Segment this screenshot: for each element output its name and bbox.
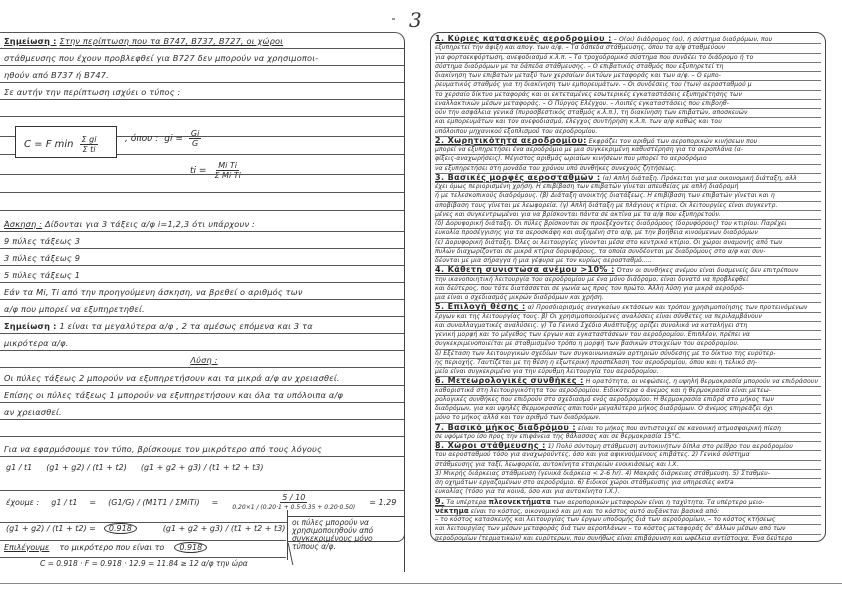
notes-line: – το κόστος κατασκευής και λειτουργίας τ… — [435, 516, 821, 525]
solution-line: αν χρειασθεί. — [0, 406, 404, 420]
note2-label: Σημείωση : — [4, 321, 57, 331]
line-text: μόνο το μήκος αλλά και τον αριθμό των δι… — [435, 414, 601, 421]
note1-line-3: ηθούν από B737 ή B747. — [0, 69, 404, 83]
blank-line — [0, 477, 404, 491]
line-text: είναι το κόστος, οικονομικό και μη και τ… — [469, 508, 720, 515]
line-text: – το κόστος κατασκευής και λειτουργίας τ… — [435, 516, 775, 523]
notes-line: νέκτημα είναι το κόστος, οικονομικό και … — [435, 507, 821, 516]
note2-line-1: Σημείωση : 1 είναι τα μεγαλύτερα α/φ , 2… — [0, 320, 404, 334]
line-text: διαδρόμων, για και υψηλές θερμοκρασίες α… — [435, 405, 773, 412]
page-number: 3 — [409, 8, 422, 32]
blank-line — [0, 197, 404, 211]
g-lhs: gi = — [164, 134, 183, 144]
exercise-question-2: α/φ που μπορεί να εξυπηρετηθεί. — [0, 303, 404, 317]
line-text: 1) Πολύ σύντομη στάθμευση αυτοκινήτων δί… — [546, 443, 793, 450]
line-text: και δεύτερος, που τότε διατάσσεται σε γω… — [435, 285, 744, 292]
section-heading: 3. Βασικές μορφές αεροσταθμών : — [435, 174, 601, 182]
section-heading-line: 5. Επιλογή θέσης : α) Προσδιορισμός αναγ… — [435, 303, 821, 312]
have-label: έχουμε : — [6, 498, 39, 507]
notes-line: ούν την ασφάλεια γενικά (πυροσβεστικός σ… — [435, 109, 821, 118]
section-heading: 7. Βασικό μήκος διαδρόμου : — [435, 424, 576, 432]
calc-num: 5 / 10 — [280, 493, 307, 503]
exercise-question-1: Εάν τα Mi, Ti από την προηγούμενη άσκηση… — [0, 286, 404, 300]
line-text: στάθμευσης για ταξί, λεωφορεία, αυτοκίνη… — [435, 461, 679, 468]
notes-line: του αεροσταθμού τόσο για αναχωρούντες, ό… — [435, 451, 821, 460]
line-text: ρολογικές συνθήκες που επιδρούν στο σχεδ… — [435, 396, 774, 403]
notes-line: ή με τελεσκοπικούς διαδρόμους. (β) Διάτα… — [435, 192, 821, 201]
formula-denominator: Σ ti — [80, 145, 97, 154]
line-text: υπόλοιπου μηχανικού εξοπλισμού του αεροδ… — [435, 128, 597, 135]
note1-label: Σημείωση : — [4, 36, 57, 46]
notes-line: μια είναι ο σχεδιασμός μικρών διαδρόμων … — [435, 294, 821, 303]
formula-intro: Σε αυτήν την περίπτωση ισχύει ο τύπος : — [0, 86, 404, 100]
g-den: G — [190, 139, 200, 148]
notes-line: και συναλλαγματικές αναλύσεις. γ) Το Γεν… — [435, 322, 821, 331]
line-text: αεροδρομίων (τερματικών) και ευρύτερων, … — [435, 535, 792, 542]
line-text: αποβίβαση τους γίνεται με λεωφορεία. (γ)… — [435, 202, 778, 209]
line-text: 3) Μικρής διάρκειας στάθμευση (γενικά δι… — [435, 470, 770, 477]
keyword: πλεονεκτήματα — [488, 498, 550, 506]
line-text: έργων και της λειτουργίας τους. β) Οι χρ… — [435, 313, 762, 320]
notes-line: γενική μορφή και το μέγεθος των έργων κα… — [435, 331, 821, 340]
notes-line: (ε) Δορυφορική διάταξη. Όλες οι λειτουργ… — [435, 239, 821, 248]
line-text: των αεροπορικών μεταφορών είναι η ταχύτη… — [551, 499, 765, 506]
calc-step1: (G1/G) / (M1T1 / ΣMiTi) — [108, 498, 200, 507]
notes-line: 3) Μικρής διάρκειας στάθμευση (γενικά δι… — [435, 470, 821, 479]
notes-line: και λειτουργίας των μέσων μεταφοράς διά … — [435, 525, 821, 534]
notes-line: καθοριστικά στη λειτουργικότητα του αερο… — [435, 387, 821, 396]
notes-line: ευκολίας (τόσο για τα κοινά, όσο και για… — [435, 488, 821, 497]
ratio-3: (g1 + g2 + g3) / (t1 + t2 + t3) — [141, 463, 264, 472]
ratio-1: g1 / t1 — [6, 463, 32, 472]
notes-line: συγκεκριμενοποιείται με σταθμισμένο τρόπ… — [435, 340, 821, 349]
notes-line: διακίνηση των επιβατών μεταξύ των χερσαί… — [435, 72, 821, 81]
notes-line: έργων και της λειτουργίας τους. β) Οι χρ… — [435, 313, 821, 322]
notes-line: φίξεις-αναχωρήσεις). Μέγιστος αριθμός ωρ… — [435, 155, 821, 164]
blank-line — [0, 103, 404, 117]
line-text: διακίνηση των επιβατών μεταξύ των χερσαί… — [435, 72, 721, 79]
note1-line-2: στάθμευσης που έχουν προβλεφθεί για B727… — [0, 52, 404, 66]
section-heading: 8. Χώροι στάθμευσης : — [435, 442, 546, 450]
exercise-line: Άσκηση : Δίδονται για 3 τάξεις α/φ i=1,2… — [0, 218, 404, 232]
line-text: μείο είναι συγκεκριμένο για την εύρυθμη … — [435, 368, 659, 375]
right-notes-column: 1. Κύριες κατασκευές αεροδρομίου : – Ο(ο… — [430, 32, 826, 542]
where-label: , όπου : — [125, 134, 158, 144]
exercise-item: 9 πύλες τάξεως 3 — [0, 235, 404, 249]
line-text: μπορεί να εξυπηρετήσει ένα αεροδρόμιο με… — [435, 146, 743, 153]
notes-line: αεροδρομίων (τερματικών) και ευρύτερων, … — [435, 535, 821, 543]
line-text: φίξεις-αναχωρήσεις). Μέγιστος αριθμός ωρ… — [435, 155, 707, 162]
blank-line — [0, 423, 404, 437]
notes-line: πυλών διαχωρίζονται σε μικρά κτίρια δορυ… — [435, 248, 821, 257]
line-text: δέονται με μια σήραγγα ή μια γέφυρα με τ… — [435, 257, 652, 264]
notes-line: να εξυπηρετήσει στη μονάδα του χρόνου υπ… — [435, 165, 821, 174]
line-text: και εμπορευμάτων και τον ανεφοδιασμό, έλ… — [435, 118, 722, 125]
line-text: πυλών διαχωρίζονται σε μικρά κτίρια δορυ… — [435, 248, 766, 255]
exercise-label: Άσκηση : — [4, 219, 42, 229]
notes-line: διαδρόμων, για και υψηλές θερμοκρασίες α… — [435, 405, 821, 414]
line-text: μια είναι ο σχεδιασμός μικρών διαδρόμων … — [435, 294, 604, 301]
section-heading-line: 4. Κάθετη συνιστώσα ανέμου >10% : Όταν ο… — [435, 266, 821, 275]
notes-line: έχει όμως περιορισμένη χρήση. Η επιβίβασ… — [435, 183, 821, 192]
section-heading-line: 6. Μετεωρολογικές συνθήκες : Η ορατότητα… — [435, 377, 821, 386]
line-text: ης περιοχής. Ταυτίζεται με τη θέση η εξω… — [435, 359, 757, 366]
section-heading-line: 3. Βασικές μορφές αεροσταθμών : (α) Απλή… — [435, 174, 821, 183]
line-text: του αεροσταθμού τόσο για αναχωρούντες, ό… — [435, 451, 750, 458]
line-text: ούν την ασφάλεια γενικά (πυροσβεστικός σ… — [435, 109, 748, 116]
line-text: και συναλλαγματικές αναλύσεις. γ) Το Γεν… — [435, 322, 747, 329]
g-num: Gi — [189, 129, 201, 139]
line-text: να εξυπηρετήσει στη μονάδα του χρόνου υπ… — [435, 165, 676, 172]
notes-line: μόνο το μήκος αλλά και τον αριθμό των δι… — [435, 414, 821, 423]
section-heading-line: 9. Τα υπέρτερα πλεονεκτήματα των αεροπορ… — [435, 498, 821, 507]
line-text: σύστημα διαδρόμων με τα δάπεδα στάθμευση… — [435, 63, 724, 70]
notes-line: ευκολία προσέγγισης για τα αεροσκάφη και… — [435, 229, 821, 238]
line-text: εναλλακτικών μέσων μεταφοράς. – Ο Πύργος… — [435, 100, 729, 107]
exercise-item: 3 πύλες τάξεως 9 — [0, 252, 404, 266]
blank-line — [0, 544, 286, 558]
line-text: Η ορατότητα, οι νεφώσεις, η υψηλή θερμοκ… — [584, 378, 818, 385]
notes-line: την ικανοποιητική λειτουργία του αεροδρο… — [435, 276, 821, 285]
section-heading: 2. Χωρητικότητα αεροδρομίου: — [435, 137, 587, 145]
notes-line: σε υψόμετρο ίσο προς την επιφάνεια της θ… — [435, 433, 821, 442]
notes-line: μείο είναι συγκεκριμένο για την εύρυθμη … — [435, 368, 821, 377]
notes-line: εξυπηρετεί την άφιξη και απογ. των α/φ. … — [435, 44, 821, 53]
solution-line: Επίσης οι πύλες τάξεως 1 μπορούν να εξυπ… — [0, 389, 404, 403]
notes-line: (δ) Δορυφορική διάταξη. Οι πύλες βρίσκον… — [435, 220, 821, 229]
section-heading: 1. Κύριες κατασκευές αεροδρομίου : — [435, 35, 612, 43]
line-text: έχει όμως περιορισμένη χρήση. Η επιβίβασ… — [435, 183, 739, 190]
notes-line: το χερσαίο δίκτυο μεταφοράς και οι εκτετ… — [435, 91, 821, 100]
formula-numerator: Σ gi — [80, 135, 99, 145]
notes-line: ση οχημάτων εργαζομένων στο αεροδρόμιο. … — [435, 479, 821, 488]
notes-line: ρολογικές συνθήκες που επιδρούν στο σχεδ… — [435, 396, 821, 405]
calc-result: = 1.29 — [369, 498, 396, 507]
line-text: ση οχημάτων εργαζομένων στο αεροδρόμιο. … — [435, 479, 734, 486]
line-text: το χερσαίο δίκτυο μεταφοράς και οι εκτετ… — [435, 91, 742, 98]
line-text: είναι το μήκος που αντιστοιχεί σε κανονι… — [576, 425, 781, 432]
solution-title: Λύση : — [0, 354, 404, 368]
section-heading-line: 7. Βασικό μήκος διαδρόμου : είναι το μήκ… — [435, 424, 821, 433]
line-text: δ) Εξέταση των λειτουργικών σχεδίων των … — [435, 350, 776, 357]
exercise-text: Δίδονται για 3 τάξεις α/φ i=1,2,3 ότι υπ… — [45, 219, 255, 229]
line-text: (δ) Δορυφορική διάταξη. Οι πύλες βρίσκον… — [435, 220, 787, 227]
blank-line — [0, 179, 404, 193]
final-result: C = 0.918 · F = 0.918 · 12.9 = 11.84 ≥ 1… — [40, 559, 248, 568]
section-heading: 5. Επιλογή θέσης : — [435, 303, 526, 311]
line-text: γενική μορφή και το μέγεθος των έργων κα… — [435, 331, 750, 338]
line-text: για φορτοεκφόρτωση, ανεφοδιασμό κ.λ.π. –… — [435, 54, 753, 61]
line-text: – Ο(οι) διάδρομος (οι), ή σύστημα διαδρό… — [612, 36, 773, 43]
section-heading-line: 2. Χωρητικότητα αεροδρομίου: Εκφράζει το… — [435, 137, 821, 146]
notes-line: εναλλακτικών μέσων μεταφοράς. – Ο Πύργος… — [435, 100, 821, 109]
capacity-formula-box: C = F min Σ gi Σ ti — [15, 126, 117, 158]
blank-line — [0, 161, 404, 175]
scan-speck — [392, 18, 395, 20]
page-bottom-rule — [0, 583, 842, 584]
section-heading: 6. Μετεωρολογικές συνθήκες : — [435, 377, 584, 385]
line-text: Εκφράζει τον αριθμό των αεροπορικών κινή… — [587, 138, 758, 145]
g-definition: , όπου : gi = Gi G — [125, 129, 201, 148]
line-text: και λειτουργίας των μέσων μεταφοράς διά … — [435, 525, 786, 532]
formula-lhs: C = F min — [24, 139, 74, 150]
left-notes-column: Σημείωση : Στην περίπτωση που τα B747, B… — [0, 32, 405, 572]
notes-line: και δεύτερος, που τότε διατάσσεται σε γω… — [435, 285, 821, 294]
notes-line: ης περιοχής. Ταυτίζεται με τη θέση η εξω… — [435, 359, 821, 368]
line-text: (α) Απλή διάταξη. Πρόκειται για μια οικο… — [601, 175, 797, 182]
g-fraction: Gi G — [189, 129, 201, 148]
notes-line: ρευματικός σταθμός για τη διακίνηση των … — [435, 81, 821, 90]
notes-line: στάθμευσης για ταξί, λεωφορεία, αυτοκίνη… — [435, 461, 821, 470]
exercise-item: 5 πύλες τάξεως 1 — [0, 269, 404, 283]
notes-line: μπορεί να εξυπηρετήσει ένα αεροδρόμιο με… — [435, 146, 821, 155]
line-text: ρευματικός σταθμός για τη διακίνηση των … — [435, 81, 752, 88]
solution-line: Οι πύλες τάξεως 2 μπορούν να εξυπηρετήσο… — [0, 372, 404, 386]
formula-fraction: Σ gi Σ ti — [80, 135, 99, 154]
solution-title-text: Λύση : — [190, 355, 217, 365]
notes-line: και εμπορευμάτων και τον ανεφοδιασμό, έλ… — [435, 118, 821, 127]
line-text: ευκολίας (τόσο για τα κοινά, όσο και για… — [435, 488, 620, 495]
notes-line: σύστημα διαδρόμων με τα δάπεδα στάθμευση… — [435, 63, 821, 72]
note1-line-1: Σημείωση : Στην περίπτωση που τα B747, B… — [0, 35, 404, 49]
calc-lhs: g1 / t1 — [51, 498, 77, 507]
notes-line: υπόλοιπου μηχανικού εξοπλισμού του αεροδ… — [435, 128, 821, 137]
ratio-2: (g1 + g2) / (t1 + t2) — [46, 463, 127, 472]
line-text: Τα υπέρτερα — [444, 499, 488, 506]
line-text: την ικανοποιητική λειτουργία του αεροδρο… — [435, 276, 748, 283]
line-text: εξυπηρετεί την άφιξη και απογ. των α/φ. … — [435, 44, 725, 51]
line-text: α) Προσδιορισμός αναγκαίων εκτάσεων και … — [526, 304, 808, 311]
section-heading-line: 1. Κύριες κατασκευές αεροδρομίου : – Ο(ο… — [435, 35, 821, 44]
note2-text: 1 είναι τα μεγαλύτερα α/φ , 2 τα αμέσως … — [59, 321, 312, 331]
line-text: σε υψόμετρο ίσο προς την επιφάνεια της θ… — [435, 433, 681, 440]
line-text: Όταν οι συνθήκες ανέμου είναι δυσμενείς … — [615, 267, 799, 274]
notes-line: δέονται με μια σήραγγα ή μια γέφυρα με τ… — [435, 257, 821, 266]
notes-line: δ) Εξέταση των λειτουργικών σχεδίων των … — [435, 350, 821, 359]
line-text: ή με τελεσκοπικούς διαδρόμους. (β) Διάτα… — [435, 192, 775, 199]
blank-line — [0, 527, 286, 541]
side-note: οι πύλες μπορούν να χρησιμοποιηθούν από … — [288, 516, 405, 542]
line-text: (ε) Δορυφορική διάταξη. Όλες οι λειτουργ… — [435, 239, 782, 246]
note2-line-2: μικρότερα α/φ. — [0, 337, 404, 351]
section-heading: 9. — [435, 498, 444, 506]
notes-line: μένες και συγκεντρωμένοι για να βρίσκοντ… — [435, 211, 821, 220]
notes-line: αποβίβαση τους γίνεται με λεωφορεία. (γ)… — [435, 202, 821, 211]
line-text: ευκολία προσέγγισης για τα αεροσκάφη και… — [435, 229, 758, 236]
line-text: μένες και συγκεντρωμένοι για να βρίσκοντ… — [435, 211, 721, 218]
section-heading: 4. Κάθετη συνιστώσα ανέμου >10% : — [435, 266, 615, 274]
line-text: συγκεκριμενοποιείται με σταθμισμένο τρόπ… — [435, 340, 739, 347]
section-heading-line: 8. Χώροι στάθμευσης : 1) Πολύ σύντομη στ… — [435, 442, 821, 451]
keyword: νέκτημα — [435, 507, 469, 515]
ratios-list: g1 / t1 (g1 + g2) / (t1 + t2) (g1 + g2 +… — [6, 463, 263, 472]
notes-line: για φορτοεκφόρτωση, ανεφοδιασμό κ.λ.π. –… — [435, 54, 821, 63]
apply-line: Για να εφαρμόσουμε τον τύπο, βρίσκουμε τ… — [0, 443, 404, 457]
line-text: καθοριστικά στη λειτουργικότητα του αερο… — [435, 387, 771, 394]
